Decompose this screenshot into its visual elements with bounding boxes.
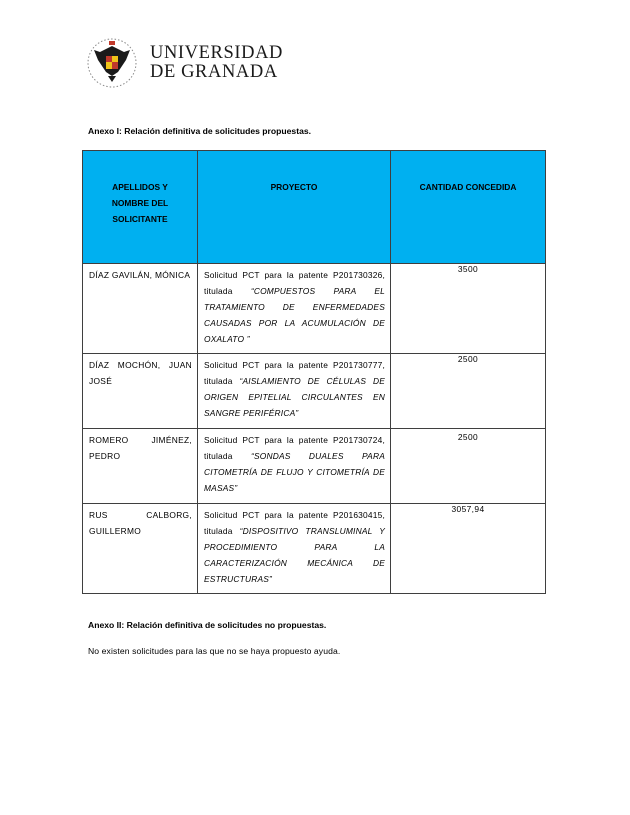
project-cell: Solicitud PCT para la patente P201730724… xyxy=(198,429,391,504)
logo-line-2: DE GRANADA xyxy=(150,63,283,82)
amount-cell: 2500 xyxy=(391,429,546,504)
column-header-amount: CANTIDAD CONCEDIDA xyxy=(391,151,546,264)
column-header-applicant: APELLIDOS Y NOMBRE DEL SOLICITANTE xyxy=(83,151,198,264)
applicant-cell: ROMERO JIMÉNEZ, PEDRO xyxy=(83,429,198,504)
applicant-cell: DÍAZ MOCHÓN, JUAN JOSÉ xyxy=(83,354,198,429)
applicant-cell: DÍAZ GAVILÁN, MÓNICA xyxy=(83,264,198,354)
column-header-project: PROYECTO xyxy=(198,151,391,264)
annex1-title: Anexo I: Relación definitiva de solicitu… xyxy=(88,126,311,136)
amount-cell: 2500 xyxy=(391,354,546,429)
applicant-cell: RUS CALBORG, GUILLERMO xyxy=(83,504,198,594)
amount-cell: 3057,94 xyxy=(391,504,546,594)
annex2-title: Anexo II: Relación definitiva de solicit… xyxy=(88,620,326,630)
amount-cell: 3500 xyxy=(391,264,546,354)
project-cell: Solicitud PCT para la patente P201730326… xyxy=(198,264,391,354)
annex2-text: No existen solicitudes para las que no s… xyxy=(88,646,340,656)
university-name: UNIVERSIDAD DE GRANADA xyxy=(150,44,283,82)
table-row: ROMERO JIMÉNEZ, PEDRO Solicitud PCT para… xyxy=(83,429,546,504)
amount-value: 2500 xyxy=(391,429,545,442)
table-row: DÍAZ MOCHÓN, JUAN JOSÉ Solicitud PCT par… xyxy=(83,354,546,429)
table-row: DÍAZ GAVILÁN, MÓNICA Solicitud PCT para … xyxy=(83,264,546,354)
project-cell: Solicitud PCT para la patente P201730777… xyxy=(198,354,391,429)
university-logo: UNIVERSIDAD DE GRANADA xyxy=(86,36,283,90)
table-row: RUS CALBORG, GUILLERMO Solicitud PCT par… xyxy=(83,504,546,594)
proposed-requests-table: APELLIDOS Y NOMBRE DEL SOLICITANTE PROYE… xyxy=(82,150,546,594)
project-cell: Solicitud PCT para la patente P201630415… xyxy=(198,504,391,594)
table-header-row: APELLIDOS Y NOMBRE DEL SOLICITANTE PROYE… xyxy=(83,151,546,264)
logo-line-1: UNIVERSIDAD xyxy=(150,44,283,63)
university-crest-icon xyxy=(86,36,138,90)
